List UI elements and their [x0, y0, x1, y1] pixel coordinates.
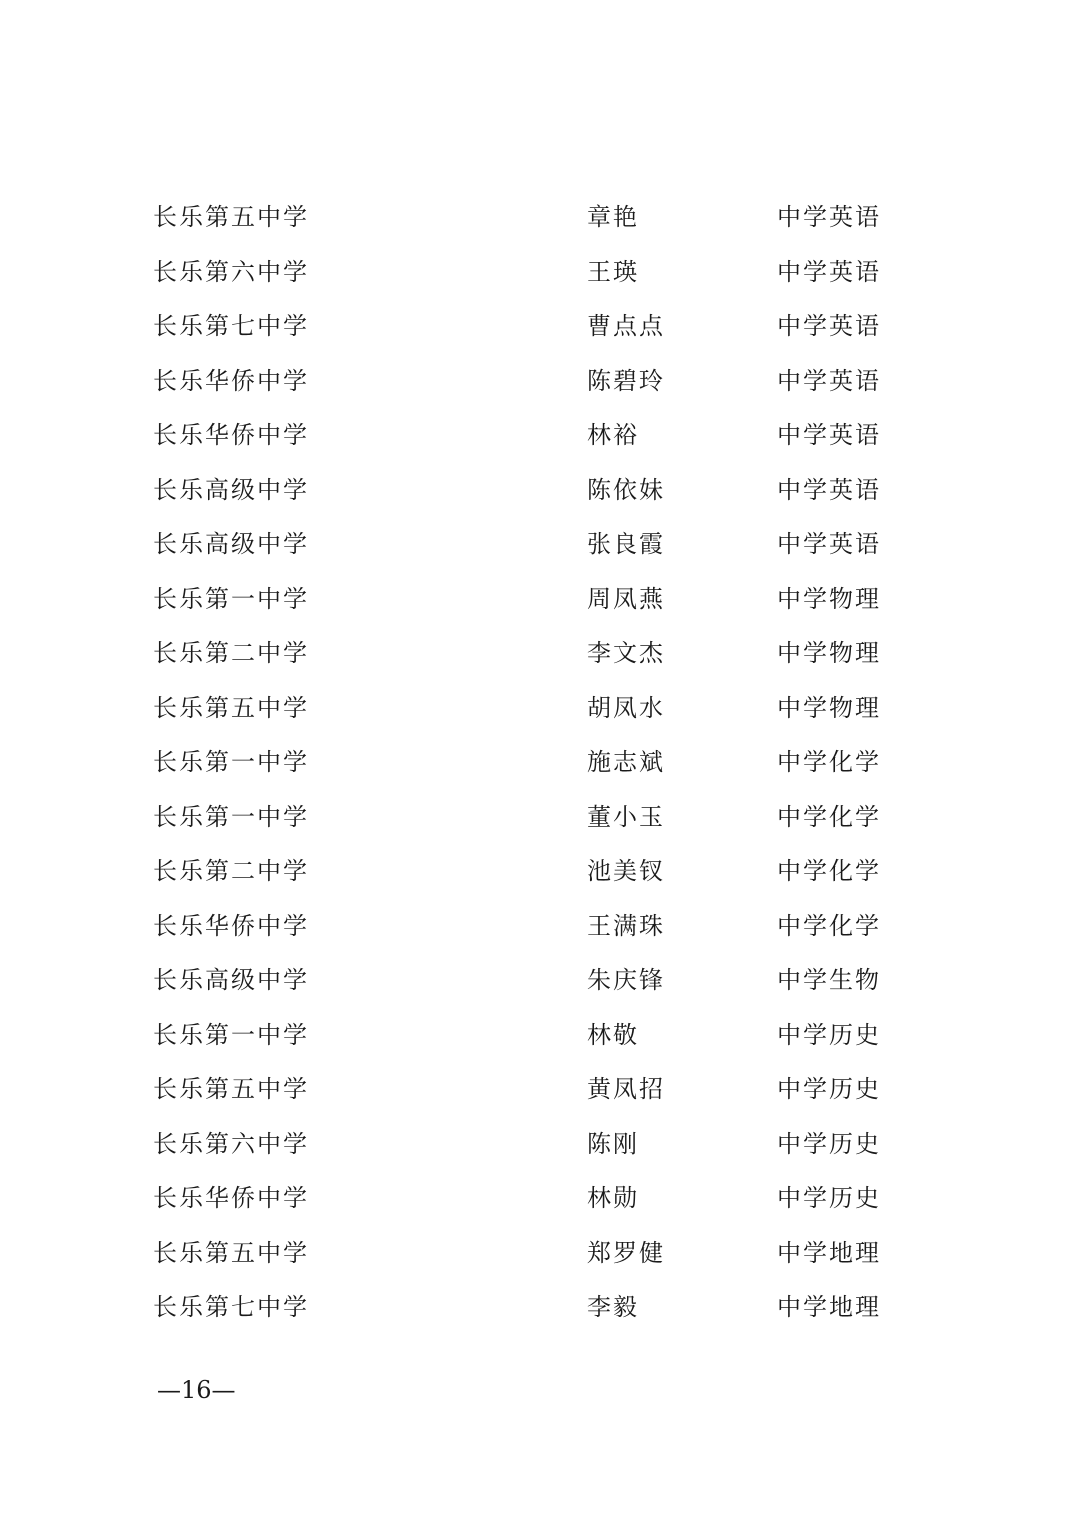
- subject-cell: 中学历史: [777, 1008, 881, 1063]
- name-cell: 陈刚: [587, 1117, 639, 1172]
- document-page: 长乐第五中学 章艳 中学英语 长乐第六中学 王瑛 中学英语 长乐第七中学 曹点点…: [0, 0, 1080, 1528]
- subject-cell: 中学英语: [777, 245, 881, 300]
- list-row: 长乐华侨中学 王满珠 中学化学: [0, 899, 1080, 954]
- list-row: 长乐第一中学 周凤燕 中学物理: [0, 572, 1080, 627]
- list-row: 长乐高级中学 陈依妹 中学英语: [0, 463, 1080, 518]
- subject-cell: 中学英语: [777, 299, 881, 354]
- list-row: 长乐第七中学 李毅 中学地理: [0, 1280, 1080, 1335]
- subject-cell: 中学历史: [777, 1117, 881, 1172]
- list-row: 长乐高级中学 张良霞 中学英语: [0, 517, 1080, 572]
- list-row: 长乐第二中学 池美钗 中学化学: [0, 844, 1080, 899]
- school-cell: 长乐第七中学: [153, 1280, 309, 1335]
- name-cell: 陈碧玲: [587, 354, 665, 409]
- list-row: 长乐第五中学 黄凤招 中学历史: [0, 1062, 1080, 1117]
- name-cell: 池美钗: [587, 844, 665, 899]
- subject-cell: 中学化学: [777, 899, 881, 954]
- list-row: 长乐第五中学 章艳 中学英语: [0, 190, 1080, 245]
- list-row: 长乐第六中学 陈刚 中学历史: [0, 1117, 1080, 1172]
- name-cell: 黄凤招: [587, 1062, 665, 1117]
- school-cell: 长乐第一中学: [153, 790, 309, 845]
- school-cell: 长乐第五中学: [153, 190, 309, 245]
- name-cell: 王满珠: [587, 899, 665, 954]
- list-row: 长乐高级中学 朱庆锋 中学生物: [0, 953, 1080, 1008]
- school-cell: 长乐第六中学: [153, 245, 309, 300]
- subject-cell: 中学物理: [777, 626, 881, 681]
- name-cell: 林敬: [587, 1008, 639, 1063]
- name-cell: 董小玉: [587, 790, 665, 845]
- name-cell: 李毅: [587, 1280, 639, 1335]
- subject-cell: 中学地理: [777, 1226, 881, 1281]
- school-cell: 长乐第一中学: [153, 735, 309, 790]
- name-cell: 郑罗健: [587, 1226, 665, 1281]
- name-cell: 章艳: [587, 190, 639, 245]
- list-row: 长乐第五中学 郑罗健 中学地理: [0, 1226, 1080, 1281]
- list-row: 长乐华侨中学 林裕 中学英语: [0, 408, 1080, 463]
- name-cell: 王瑛: [587, 245, 639, 300]
- school-cell: 长乐华侨中学: [153, 899, 309, 954]
- list-row: 长乐第一中学 林敬 中学历史: [0, 1008, 1080, 1063]
- subject-cell: 中学化学: [777, 790, 881, 845]
- school-cell: 长乐高级中学: [153, 517, 309, 572]
- school-cell: 长乐华侨中学: [153, 408, 309, 463]
- subject-cell: 中学历史: [777, 1062, 881, 1117]
- page-number: —16—: [157, 1374, 236, 1406]
- school-cell: 长乐高级中学: [153, 463, 309, 518]
- subject-cell: 中学英语: [777, 517, 881, 572]
- list-row: 长乐华侨中学 林勋 中学历史: [0, 1171, 1080, 1226]
- list-row: 长乐华侨中学 陈碧玲 中学英语: [0, 354, 1080, 409]
- school-cell: 长乐第五中学: [153, 681, 309, 736]
- subject-cell: 中学物理: [777, 572, 881, 627]
- school-cell: 长乐高级中学: [153, 953, 309, 1008]
- name-cell: 李文杰: [587, 626, 665, 681]
- subject-cell: 中学英语: [777, 354, 881, 409]
- subject-cell: 中学历史: [777, 1171, 881, 1226]
- school-cell: 长乐第七中学: [153, 299, 309, 354]
- school-cell: 长乐第一中学: [153, 572, 309, 627]
- list-row: 长乐第六中学 王瑛 中学英语: [0, 245, 1080, 300]
- subject-cell: 中学地理: [777, 1280, 881, 1335]
- school-cell: 长乐第二中学: [153, 626, 309, 681]
- subject-cell: 中学英语: [777, 408, 881, 463]
- school-cell: 长乐第一中学: [153, 1008, 309, 1063]
- name-cell: 周凤燕: [587, 572, 665, 627]
- name-cell: 朱庆锋: [587, 953, 665, 1008]
- list-row: 长乐第一中学 施志斌 中学化学: [0, 735, 1080, 790]
- subject-cell: 中学英语: [777, 463, 881, 518]
- name-cell: 林勋: [587, 1171, 639, 1226]
- subject-cell: 中学化学: [777, 844, 881, 899]
- school-cell: 长乐第五中学: [153, 1062, 309, 1117]
- list-row: 长乐第七中学 曹点点 中学英语: [0, 299, 1080, 354]
- name-cell: 林裕: [587, 408, 639, 463]
- school-cell: 长乐华侨中学: [153, 354, 309, 409]
- list-row: 长乐第一中学 董小玉 中学化学: [0, 790, 1080, 845]
- school-cell: 长乐第五中学: [153, 1226, 309, 1281]
- teacher-list: 长乐第五中学 章艳 中学英语 长乐第六中学 王瑛 中学英语 长乐第七中学 曹点点…: [0, 190, 1080, 1335]
- subject-cell: 中学生物: [777, 953, 881, 1008]
- name-cell: 胡凤水: [587, 681, 665, 736]
- subject-cell: 中学化学: [777, 735, 881, 790]
- name-cell: 曹点点: [587, 299, 665, 354]
- subject-cell: 中学物理: [777, 681, 881, 736]
- school-cell: 长乐第六中学: [153, 1117, 309, 1172]
- name-cell: 陈依妹: [587, 463, 665, 518]
- name-cell: 施志斌: [587, 735, 665, 790]
- name-cell: 张良霞: [587, 517, 665, 572]
- list-row: 长乐第五中学 胡凤水 中学物理: [0, 681, 1080, 736]
- subject-cell: 中学英语: [777, 190, 881, 245]
- school-cell: 长乐华侨中学: [153, 1171, 309, 1226]
- school-cell: 长乐第二中学: [153, 844, 309, 899]
- list-row: 长乐第二中学 李文杰 中学物理: [0, 626, 1080, 681]
